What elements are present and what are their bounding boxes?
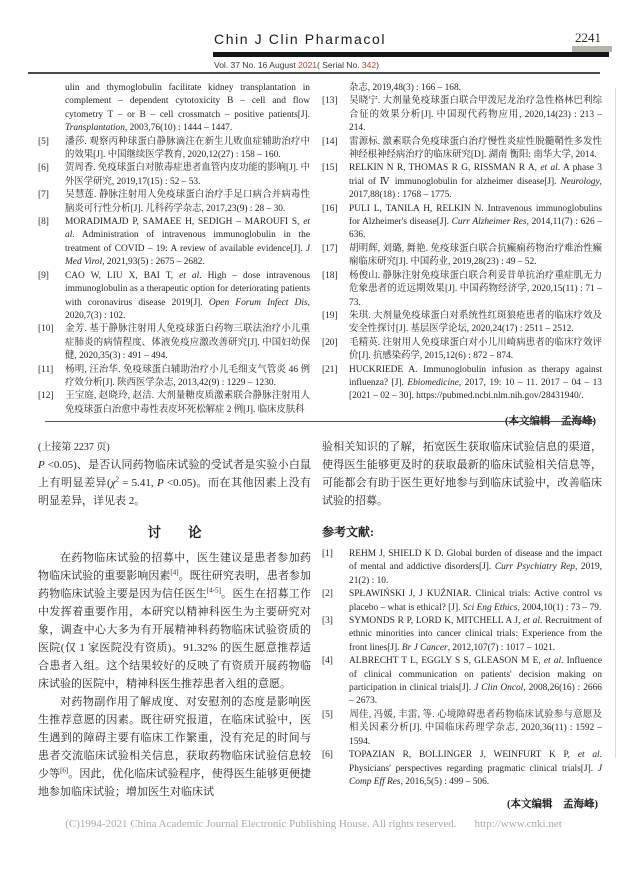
reference-item: [14]雷源标. 激素联合免疫球蛋白治疗慢性炎症性脱髓鞘性多发性神经根神经病治疗…	[322, 136, 602, 163]
article-column-left: (上接第 2237 页) P <0.05)、是否认同药物临床试验的受试者是实验小…	[38, 438, 311, 801]
reference-text: RELKIN N R, THOMAS R G, RISSMAN R A, et …	[349, 163, 602, 200]
reference-number: [16]	[322, 203, 349, 216]
reference-item: [13]吴晓宁. 大剂量免疫球蛋白联合甲泼尼龙治疗急性格林巴利综合征的效果分析[…	[322, 95, 602, 135]
reference-text: 吴晓宁. 大剂量免疫球蛋白联合甲泼尼龙治疗急性格林巴利综合征的效果分析[J]. …	[349, 96, 602, 133]
issue-prefix: Vol. 37 No. 16 August	[214, 60, 298, 70]
reference-number: [17]	[322, 243, 349, 256]
reference-item: [6]TOPAZIAN R, BOLLINGER J, WEINFURT K P…	[322, 749, 602, 789]
reference-text: 潘莎. 观察丙种球蛋白静脉滴注在新生儿败血症辅助治疗中的效果[J]. 中国继续医…	[65, 137, 310, 160]
reference-text: 周佳, 冯媛, 丰雷, 等. 心境障碍患者药物临床试验参与意愿及相关因素分析[J…	[349, 710, 602, 747]
reference-item: [5]周佳, 冯媛, 丰雷, 等. 心境障碍患者药物临床试验参与意愿及相关因素分…	[322, 709, 602, 749]
reference-text: ulin and thymoglobulin facilitate kidney…	[65, 83, 310, 133]
reference-number: [8]	[38, 216, 65, 229]
references-heading: 参考文献:	[322, 523, 602, 540]
issue-line: Vol. 37 No. 16 August 2021( Serial No. 3…	[214, 60, 379, 70]
reference-number: [4]	[322, 655, 349, 668]
reference-text: PULI L, TANILA H, RELKIN N. Intravenous …	[349, 204, 602, 241]
reference-item: [11]杨明, 汪治华. 免疫球蛋白辅助治疗小儿毛细支气管炎 46 例疗效分析[…	[38, 364, 310, 391]
section-divider	[45, 421, 595, 422]
reference-item: [7]吴慧莲. 静脉注射用人免疫球蛋白治疗手足口病合并病毒性脑炎可行性分析[J]…	[38, 189, 310, 216]
article-column-right: 验相关知识的了解，拓宽医生获取临床试验信息的渠道，使得医生能够更及时的获取最新的…	[322, 438, 602, 811]
reference-number: [10]	[38, 323, 65, 336]
reference-text: 胡明辉, 刘璐, 舞艳. 免疫球蛋白联合抗癫痫药物治疗难治性癫痫临床研究[J].…	[349, 244, 602, 267]
reference-item: [15]RELKIN N R, THOMAS R G, RISSMAN R A,…	[322, 162, 602, 202]
reference-item: [18]杨俊山. 静脉注射免疫球蛋白联合利妥昔单抗治疗重症肌无力危象患者的近远期…	[322, 270, 602, 310]
discussion-heading: 讨 论	[38, 521, 311, 541]
reference-number: [6]	[322, 749, 349, 762]
continued-from-note: (上接第 2237 页)	[38, 438, 311, 453]
header-rule	[28, 72, 600, 74]
reference-text: 金芳. 基于静脉注射用人免疫球蛋白药物三联法治疗小儿重症肺炎的病情程度、体液免疫…	[65, 324, 310, 361]
discussion-continuation-paragraph: 验相关知识的了解，拓宽医生获取临床试验信息的渠道，使得医生能够更及时的获取最新的…	[322, 438, 602, 510]
reference-text: REHM J, SHIELD K D. Global burden of dis…	[349, 549, 602, 586]
title-rule-bar	[213, 52, 609, 57]
reference-item: [2]SPŁAWIŃSKI J, J KUŹNIAR. Clinical tri…	[322, 588, 602, 615]
reference-number: [5]	[322, 709, 349, 722]
reference-text: MORADIMAJD P, SAMAEE H, SEDIGH – MAROUFI…	[65, 217, 310, 267]
reference-number: [20]	[322, 337, 349, 350]
reference-number: [13]	[322, 95, 349, 108]
issue-suffix: )	[376, 60, 379, 70]
journal-title: Chin J Clin Pharmacol	[214, 31, 386, 47]
reference-item: [21]HUCKRIEDE A. Immunoglobulin infusion…	[322, 364, 602, 404]
reference-text: 杨俊山. 静脉注射免疫球蛋白联合利妥昔单抗治疗重症肌无力危象患者的近远期效果[J…	[349, 271, 602, 308]
reference-item: [12]王宝庭, 赵晓玲, 赵洁. 大剂量糖皮质激素联合静脉注射用人免疫球蛋白治…	[38, 390, 310, 417]
reference-text: ALBRECHT T L, EGGLY S S, GLEASON M E, et…	[349, 656, 602, 706]
reference-text: 杨明, 汪治华. 免疫球蛋白辅助治疗小儿毛细支气管炎 46 例疗效分析[J]. …	[65, 365, 310, 388]
copyright-footer: (C)1994-2021 China Academic Journal Elec…	[0, 818, 627, 830]
references-column-right: 杂志, 2019,48(3) : 166 – 168. [13]吴晓宁. 大剂量…	[322, 82, 602, 428]
editor-note: (本文编辑 孟海峰)	[322, 796, 602, 811]
reference-text: SPŁAWIŃSKI J, J KUŹNIAR. Clinical trials…	[349, 589, 602, 612]
reference-number: [9]	[38, 270, 65, 283]
reference-text: 贺周香. 免疫球蛋白对脓毒症患者血管内皮功能的影响[J]. 中外医学研究, 20…	[65, 163, 310, 186]
reference-item: [10]金芳. 基于静脉注射用人免疫球蛋白药物三联法治疗小儿重症肺炎的病情程度、…	[38, 323, 310, 363]
reference-number: [19]	[322, 310, 349, 323]
scan-edge-artifact	[615, 88, 616, 758]
reference-text: TOPAZIAN R, BOLLINGER J, WEINFURT K P, e…	[349, 750, 602, 787]
reference-text: 杂志, 2019,48(3) : 166 – 168.	[349, 83, 461, 93]
discussion-paragraph-1: 在药物临床试验的招募中，医生建议是患者参加药物临床试验的重要影响因素[4]。既往…	[38, 549, 311, 693]
reference-number: [15]	[322, 162, 349, 175]
reference-number: [5]	[38, 136, 65, 149]
reference-text: 雷源标. 激素联合免疫球蛋白治疗慢性炎症性脱髓鞘性多发性神经根神经病治疗的临床研…	[349, 137, 602, 160]
reference-number: [14]	[322, 136, 349, 149]
issue-serial: 342	[362, 60, 376, 70]
reference-number: [7]	[38, 189, 65, 202]
reference-number: [11]	[38, 364, 65, 377]
journal-page: Chin J Clin Pharmacol 2241 Vol. 37 No. 1…	[0, 0, 627, 884]
reference-item: [17]胡明辉, 刘璐, 舞艳. 免疫球蛋白联合抗癫痫药物治疗难治性癫痫临床研究…	[322, 243, 602, 270]
reference-text: SYMONDS R P, LORD K, MITCHELL A J, et al…	[349, 616, 602, 653]
reference-item: 杂志, 2019,48(3) : 166 – 168.	[322, 82, 602, 95]
reference-number: [18]	[322, 270, 349, 283]
reference-item: [1]REHM J, SHIELD K D. Global burden of …	[322, 548, 602, 588]
reference-number: [1]	[322, 548, 349, 561]
reference-item: [6]贺周香. 免疫球蛋白对脓毒症患者血管内皮功能的影响[J]. 中外医学研究,…	[38, 162, 310, 189]
reference-item: [16]PULI L, TANILA H, RELKIN N. Intraven…	[322, 203, 602, 243]
issue-year: 2021	[298, 60, 317, 70]
references-column-left: ulin and thymoglobulin facilitate kidney…	[38, 82, 310, 417]
results-paragraph: P <0.05)、是否认同药物临床试验的受试者是实验小白鼠上有明显差异(χ2 =…	[38, 456, 311, 510]
reference-text: 毛精英. 注射用人免疫球蛋白对小儿川崎病患者的临床疗效评价[J]. 抗感染药学,…	[349, 338, 602, 361]
reference-text: 吴慧莲. 静脉注射用人免疫球蛋白治疗手足口病合并病毒性脑炎可行性分析[J]. 儿…	[65, 190, 310, 213]
references-list-bottom: [1]REHM J, SHIELD K D. Global burden of …	[322, 548, 602, 789]
reference-item: [9]CAO W, LIU X, BAI T, et al. High – do…	[38, 270, 310, 324]
reference-number: [21]	[322, 364, 349, 377]
reference-text: HUCKRIEDE A. Immunoglobulin infusion as …	[349, 365, 602, 402]
reference-item: [4]ALBRECHT T L, EGGLY S S, GLEASON M E,…	[322, 655, 602, 709]
reference-number: [3]	[322, 615, 349, 628]
reference-item: ulin and thymoglobulin facilitate kidney…	[38, 82, 310, 136]
reference-item: [8]MORADIMAJD P, SAMAEE H, SEDIGH – MARO…	[38, 216, 310, 270]
reference-text: 王宝庭, 赵晓玲, 赵洁. 大剂量糖皮质激素联合静脉注射用人免疫球蛋白治愈中毒性…	[65, 391, 310, 414]
page-number: 2241	[575, 30, 601, 46]
references-list-right: 杂志, 2019,48(3) : 166 – 168. [13]吴晓宁. 大剂量…	[322, 82, 602, 404]
reference-item: [19]朱琪. 大剂量免疫球蛋白对系统性红斑狼疮患者的临床疗效及安全性探讨[J]…	[322, 310, 602, 337]
discussion-paragraph-2: 对药物副作用了解成度、对安慰剂的态度是影响医生推荐意愿的因素。既往研究报道，在临…	[38, 693, 311, 801]
reference-number: [2]	[322, 588, 349, 601]
reference-number: [6]	[38, 162, 65, 175]
copyright-text: (C)1994-2021 China Academic Journal Elec…	[65, 818, 456, 830]
reference-item: [3]SYMONDS R P, LORD K, MITCHELL A J, et…	[322, 615, 602, 655]
reference-text: 朱琪. 大剂量免疫球蛋白对系统性红斑狼疮患者的临床疗效及安全性探讨[J]. 基层…	[349, 311, 602, 334]
reference-item: [20]毛精英. 注射用人免疫球蛋白对小儿川崎病患者的临床疗效评价[J]. 抗感…	[322, 337, 602, 364]
reference-number: [12]	[38, 390, 65, 403]
cnki-url: http://www.cnki.net	[475, 818, 562, 830]
issue-mid: ( Serial No.	[317, 60, 362, 70]
reference-text: CAO W, LIU X, BAI T, et al. High – dose …	[65, 271, 310, 321]
reference-item: [5]潘莎. 观察丙种球蛋白静脉滴注在新生儿败血症辅助治疗中的效果[J]. 中国…	[38, 136, 310, 163]
